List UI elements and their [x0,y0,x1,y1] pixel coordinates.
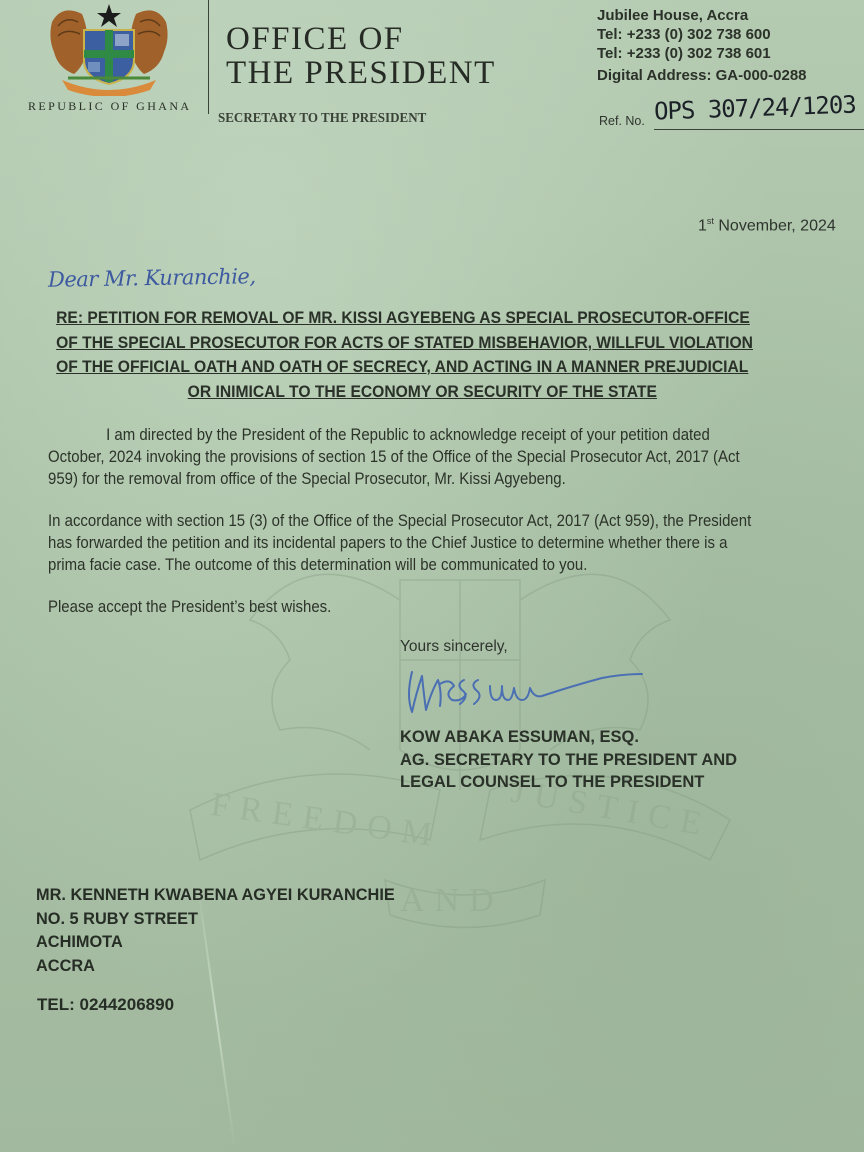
p2-line-1: In accordance with section 15 (3) of the… [48,510,840,532]
body-paragraph-2: In accordance with section 15 (3) of the… [48,510,840,576]
subject-line-1: RE: PETITION FOR REMOVAL OF MR. KISSI AG… [56,306,795,331]
subject-line-3: OF THE OFFICIAL OATH AND OATH OF SECRECY… [56,355,795,380]
recipient-name: MR. KENNETH KWABENA AGYEI KURANCHIE [36,883,395,907]
signatory-title-1: AG. SECRETARY TO THE PRESIDENT AND [400,749,737,772]
signatory-block: KOW ABAKA ESSUMAN, ESQ. AG. SECRETARY TO… [400,726,737,794]
recipient-tel: TEL: 0244206890 [37,995,174,1015]
signatory-title-2: LEGAL COUNSEL TO THE PRESIDENT [400,771,737,794]
p2-line-2: has forwarded the petition and its incid… [48,532,840,554]
p1-line-1: I am directed by the President of the Re… [48,424,840,446]
recipient-street: NO. 5 RUBY STREET [36,907,395,931]
office-title: OFFICE OF THE PRESIDENT [226,22,496,90]
office-subtitle: SECRETARY TO THE PRESIDENT [218,111,426,127]
header-divider [208,0,209,114]
watermark-and: AND [400,882,504,920]
date-month-year: November, 2024 [714,217,836,234]
ref-label: Ref. No. [599,114,645,128]
recipient-address: MR. KENNETH KWABENA AGYEI KURANCHIE NO. … [36,883,395,977]
p2-line-3: prima facie case. The outcome of this de… [48,554,840,576]
contact-digital-address: Digital Address: GA-000-0288 [597,66,807,85]
recipient-area: ACHIMOTA [36,930,395,954]
signatory-name: KOW ABAKA ESSUMAN, ESQ. [400,726,737,749]
contact-address: Jubilee House, Accra [597,6,807,25]
republic-of-ghana-label: REPUBLIC OF GHANA [28,99,191,114]
p1-line-3: 959) for the removal from office of the … [48,468,840,490]
date-day: 1 [698,217,707,234]
signature-icon [404,662,664,718]
subject-line-2: OF THE SPECIAL PROSECUTOR FOR ACTS OF ST… [56,331,795,356]
p1-line-2: October, 2024 invoking the provisions of… [48,446,840,468]
body-paragraph-1: I am directed by the President of the Re… [48,424,840,490]
subject-line-4: OR INIMICAL TO THE ECONOMY OR SECURITY O… [188,380,795,405]
contact-block: Jubilee House, Accra Tel: +233 (0) 302 7… [597,6,807,85]
office-title-line1: OFFICE OF [226,22,496,56]
office-title-line2: THE PRESIDENT [226,56,496,90]
letter-date: 1st November, 2024 [698,216,836,235]
handwritten-salutation: Dear Mr. Kuranchie, [48,264,256,292]
date-suffix: st [707,216,714,226]
contact-tel-1: Tel: +233 (0) 302 738 600 [597,25,807,44]
recipient-city: ACCRA [36,954,395,978]
closing-phrase: Yours sincerely, [400,638,508,656]
contact-tel-2: Tel: +233 (0) 302 738 601 [597,44,807,63]
subject-heading: RE: PETITION FOR REMOVAL OF MR. KISSI AG… [0,306,795,404]
body-paragraph-3: Please accept the President’s best wishe… [48,596,840,618]
ghana-coat-of-arms-icon [44,0,174,96]
ref-underline [654,129,864,130]
